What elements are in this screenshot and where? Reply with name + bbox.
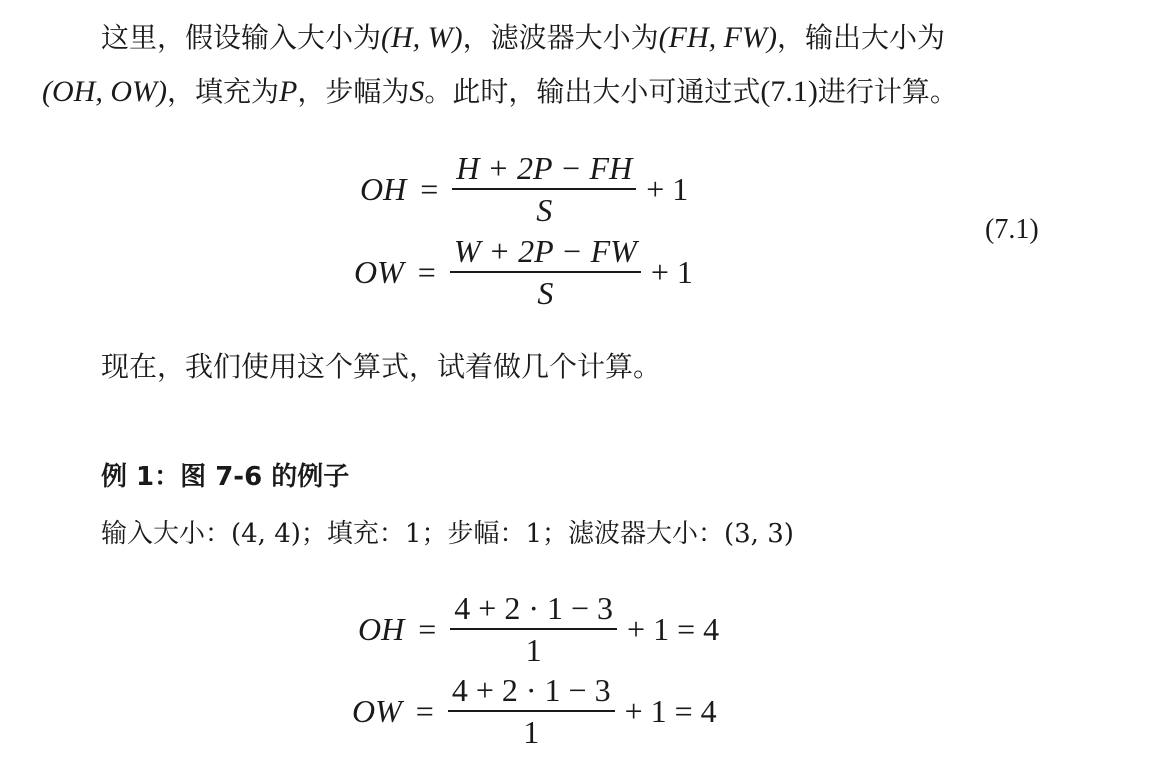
equation-tail: + 1 = 4 bbox=[625, 693, 717, 730]
equation-number: (7.1) bbox=[985, 214, 1039, 246]
equation-tail: + 1 bbox=[646, 171, 688, 208]
text: ，步幅为 bbox=[297, 75, 409, 108]
example-1-heading: 例 1：图 7-6 的例子 bbox=[101, 457, 349, 497]
equals-sign: = bbox=[420, 171, 438, 208]
text: ，填充为 bbox=[167, 75, 279, 108]
equals-sign: = bbox=[418, 611, 436, 648]
denominator: 1 bbox=[519, 714, 543, 750]
text: 现在，我们使用这个算式，试着做几个计算。 bbox=[101, 350, 661, 383]
math-stride: S bbox=[409, 75, 424, 108]
denominator: 1 bbox=[522, 632, 546, 668]
equation-7-1-row-ow: OW = W + 2P − FW S + 1 bbox=[354, 233, 693, 311]
text: 。此时，输出大小可通过式 bbox=[424, 75, 760, 108]
example-1-row-ow: OW = 4 + 2 · 1 − 3 1 + 1 = 4 bbox=[352, 672, 717, 750]
fraction-bar bbox=[450, 628, 617, 630]
equation-lhs: OW bbox=[352, 693, 402, 730]
numerator: H + 2P − FH bbox=[452, 150, 636, 186]
paragraph-2: 现在，我们使用这个算式，试着做几个计算。 bbox=[101, 347, 661, 387]
math-input-size: (H, W) bbox=[381, 21, 463, 54]
fraction: W + 2P − FW S bbox=[450, 233, 641, 311]
numerator: W + 2P − FW bbox=[450, 233, 641, 269]
numerator: 4 + 2 · 1 − 3 bbox=[448, 672, 615, 708]
equation-tail: + 1 = 4 bbox=[627, 611, 719, 648]
equation-lhs: OH bbox=[360, 171, 406, 208]
fraction-bar bbox=[448, 710, 615, 712]
math-padding: P bbox=[279, 75, 297, 108]
fraction: H + 2P − FH S bbox=[452, 150, 636, 228]
numerator: 4 + 2 · 1 − 3 bbox=[450, 590, 617, 626]
example-1-row-oh: OH = 4 + 2 · 1 − 3 1 + 1 = 4 bbox=[358, 590, 719, 668]
fraction: 4 + 2 · 1 − 3 1 bbox=[448, 672, 615, 750]
text: ，滤波器大小为 bbox=[463, 21, 659, 54]
paragraph-1-line-1: 这里，假设输入大小为(H, W)，滤波器大小为(FH, FW)，输出大小为 bbox=[101, 18, 945, 58]
math-filter-size: (FH, FW) bbox=[659, 21, 777, 54]
equation-lhs: OH bbox=[358, 611, 404, 648]
example-1-parameters: 输入大小：(4, 4)；填充：1；步幅：1；滤波器大小：(3, 3) bbox=[101, 514, 794, 554]
denominator: S bbox=[533, 275, 557, 311]
text: ，输出大小为 bbox=[777, 21, 945, 54]
text: 进行计算。 bbox=[818, 75, 958, 108]
equals-sign: = bbox=[416, 693, 434, 730]
paragraph-1-line-2: (OH, OW)，填充为P，步幅为S。此时，输出大小可通过式(7.1)进行计算。 bbox=[42, 72, 958, 112]
denominator: S bbox=[532, 192, 556, 228]
equation-reference: (7.1) bbox=[760, 75, 817, 108]
equals-sign: = bbox=[418, 254, 436, 291]
equation-tail: + 1 bbox=[651, 254, 693, 291]
math-output-size: (OH, OW) bbox=[42, 75, 167, 108]
text: 这里，假设输入大小为 bbox=[101, 21, 381, 54]
fraction: 4 + 2 · 1 − 3 1 bbox=[450, 590, 617, 668]
fraction-bar bbox=[452, 188, 636, 190]
equation-7-1-row-oh: OH = H + 2P − FH S + 1 bbox=[360, 150, 688, 228]
fraction-bar bbox=[450, 271, 641, 273]
equation-lhs: OW bbox=[354, 254, 404, 291]
